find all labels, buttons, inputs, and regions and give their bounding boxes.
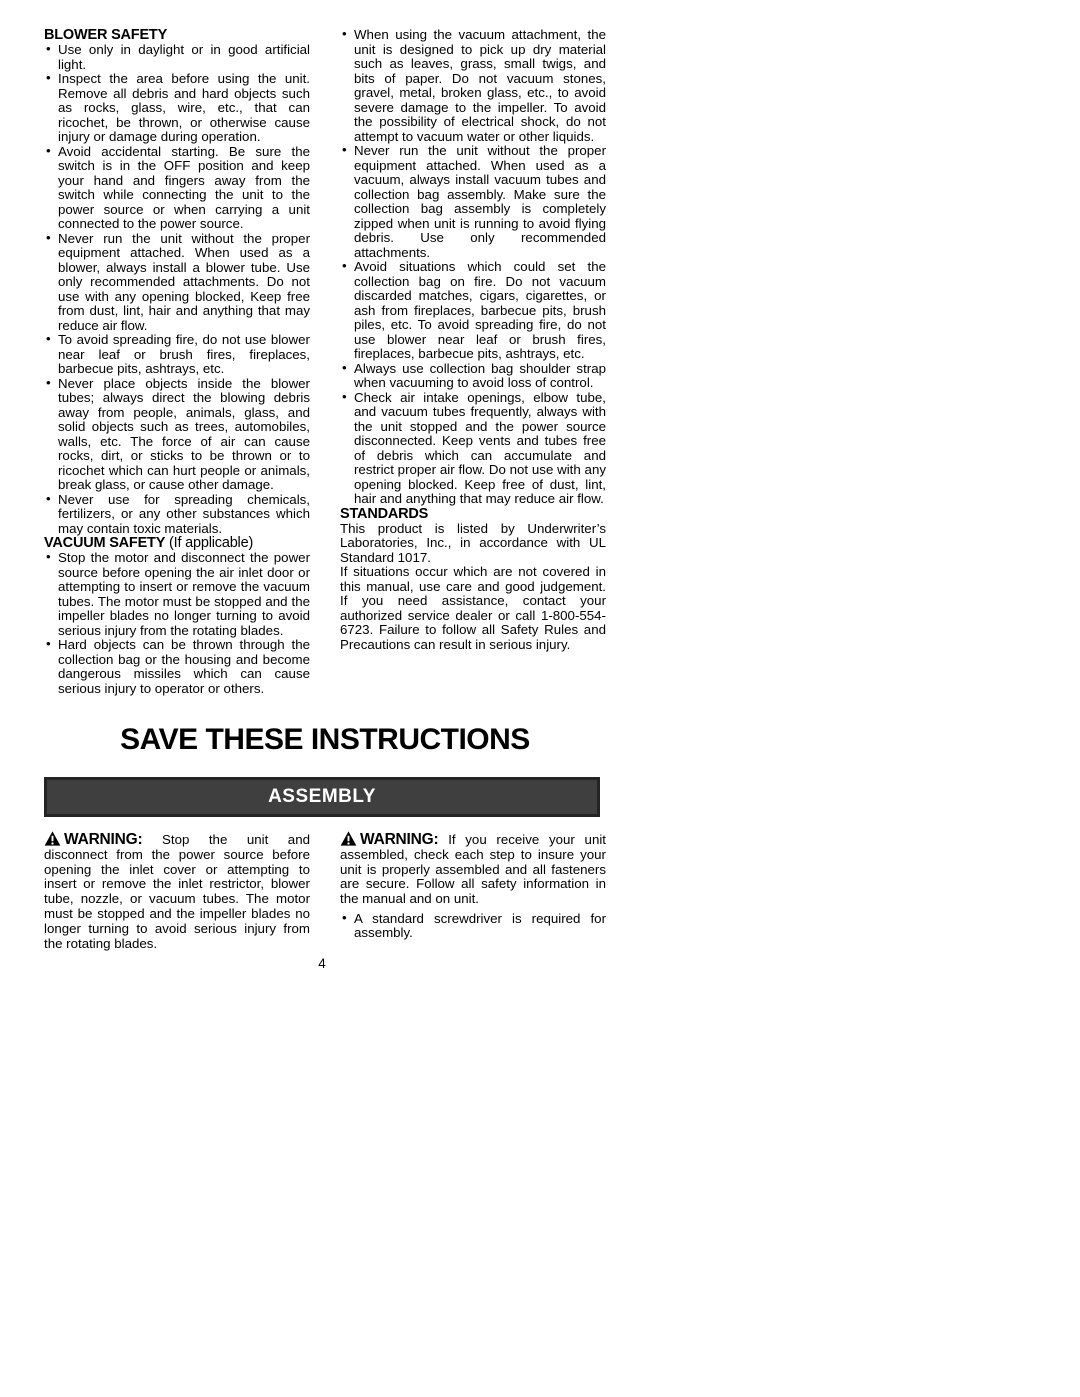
list-item: Never run the unit without the proper eq…: [340, 144, 606, 260]
blower-safety-heading-text: BLOWER SAFETY: [44, 27, 167, 43]
warning-left-text: Stop the unit and disconnect from the po…: [44, 832, 310, 951]
vacuum-safety-heading: VACUUM SAFETY (If applicable): [44, 536, 310, 551]
right-column: When using the vacuum attachment, the un…: [340, 28, 606, 696]
list-item: Never use for spreading chemicals, ferti…: [44, 493, 310, 537]
warning-triangle-icon: [340, 831, 357, 848]
page-number: 4: [44, 956, 600, 971]
blower-safety-list: Use only in daylight or in good artifici…: [44, 43, 310, 536]
vacuum-safety-heading-suffix: (If applicable): [165, 535, 253, 551]
standards-heading: STANDARDS: [340, 507, 606, 522]
list-item: Never run the unit without the proper eq…: [44, 232, 310, 334]
warning-label: WARNING:: [360, 831, 438, 848]
warning-left: WARNING: Stop the unit and disconnect fr…: [44, 831, 310, 951]
vacuum-safety-heading-text: VACUUM SAFETY: [44, 535, 165, 551]
list-item: Avoid situations which could set the col…: [340, 260, 606, 362]
blower-safety-heading: BLOWER SAFETY: [44, 28, 310, 43]
warning-left-paragraph: WARNING: Stop the unit and disconnect fr…: [44, 831, 310, 951]
list-item: Check air intake openings, elbow tube, a…: [340, 391, 606, 507]
save-instructions-title: SAVE THESE INSTRUCTIONS: [44, 724, 606, 756]
standards-paragraph: This product is listed by Underwriter’s …: [340, 522, 606, 566]
assembly-section-header-label: ASSEMBLY: [268, 786, 376, 808]
list-item: Inspect the area before using the unit. …: [44, 72, 310, 145]
warnings-row: WARNING: Stop the unit and disconnect fr…: [44, 831, 606, 951]
assembly-section-header: ASSEMBLY: [44, 777, 600, 817]
list-item: When using the vacuum attachment, the un…: [340, 28, 606, 144]
list-item: Never place objects inside the blower tu…: [44, 377, 310, 493]
standards-heading-text: STANDARDS: [340, 506, 428, 522]
list-item: Use only in daylight or in good artifici…: [44, 43, 310, 72]
warning-right-paragraph: WARNING: If you receive your unit assemb…: [340, 831, 606, 907]
assembly-notes-list: A standard screwdriver is required for a…: [340, 912, 606, 941]
warning-right: WARNING: If you receive your unit assemb…: [340, 831, 606, 951]
left-column: BLOWER SAFETY Use only in daylight or in…: [44, 28, 310, 696]
warning-triangle-icon: [44, 831, 61, 848]
standards-paragraph: If situations occur which are not covere…: [340, 565, 606, 652]
safety-columns: BLOWER SAFETY Use only in daylight or in…: [44, 28, 606, 696]
list-item: Always use collection bag shoulder strap…: [340, 362, 606, 391]
list-item: Hard objects can be thrown through the c…: [44, 638, 310, 696]
list-item: Stop the motor and disconnect the power …: [44, 551, 310, 638]
manual-page: BLOWER SAFETY Use only in daylight or in…: [0, 0, 1080, 1397]
vacuum-safety-list: Stop the motor and disconnect the power …: [44, 551, 310, 696]
list-item: To avoid spreading fire, do not use blow…: [44, 333, 310, 377]
vacuum-usage-list: When using the vacuum attachment, the un…: [340, 28, 606, 507]
warning-label: WARNING:: [64, 831, 142, 848]
list-item: A standard screwdriver is required for a…: [340, 912, 606, 941]
list-item: Avoid accidental starting. Be sure the s…: [44, 145, 310, 232]
